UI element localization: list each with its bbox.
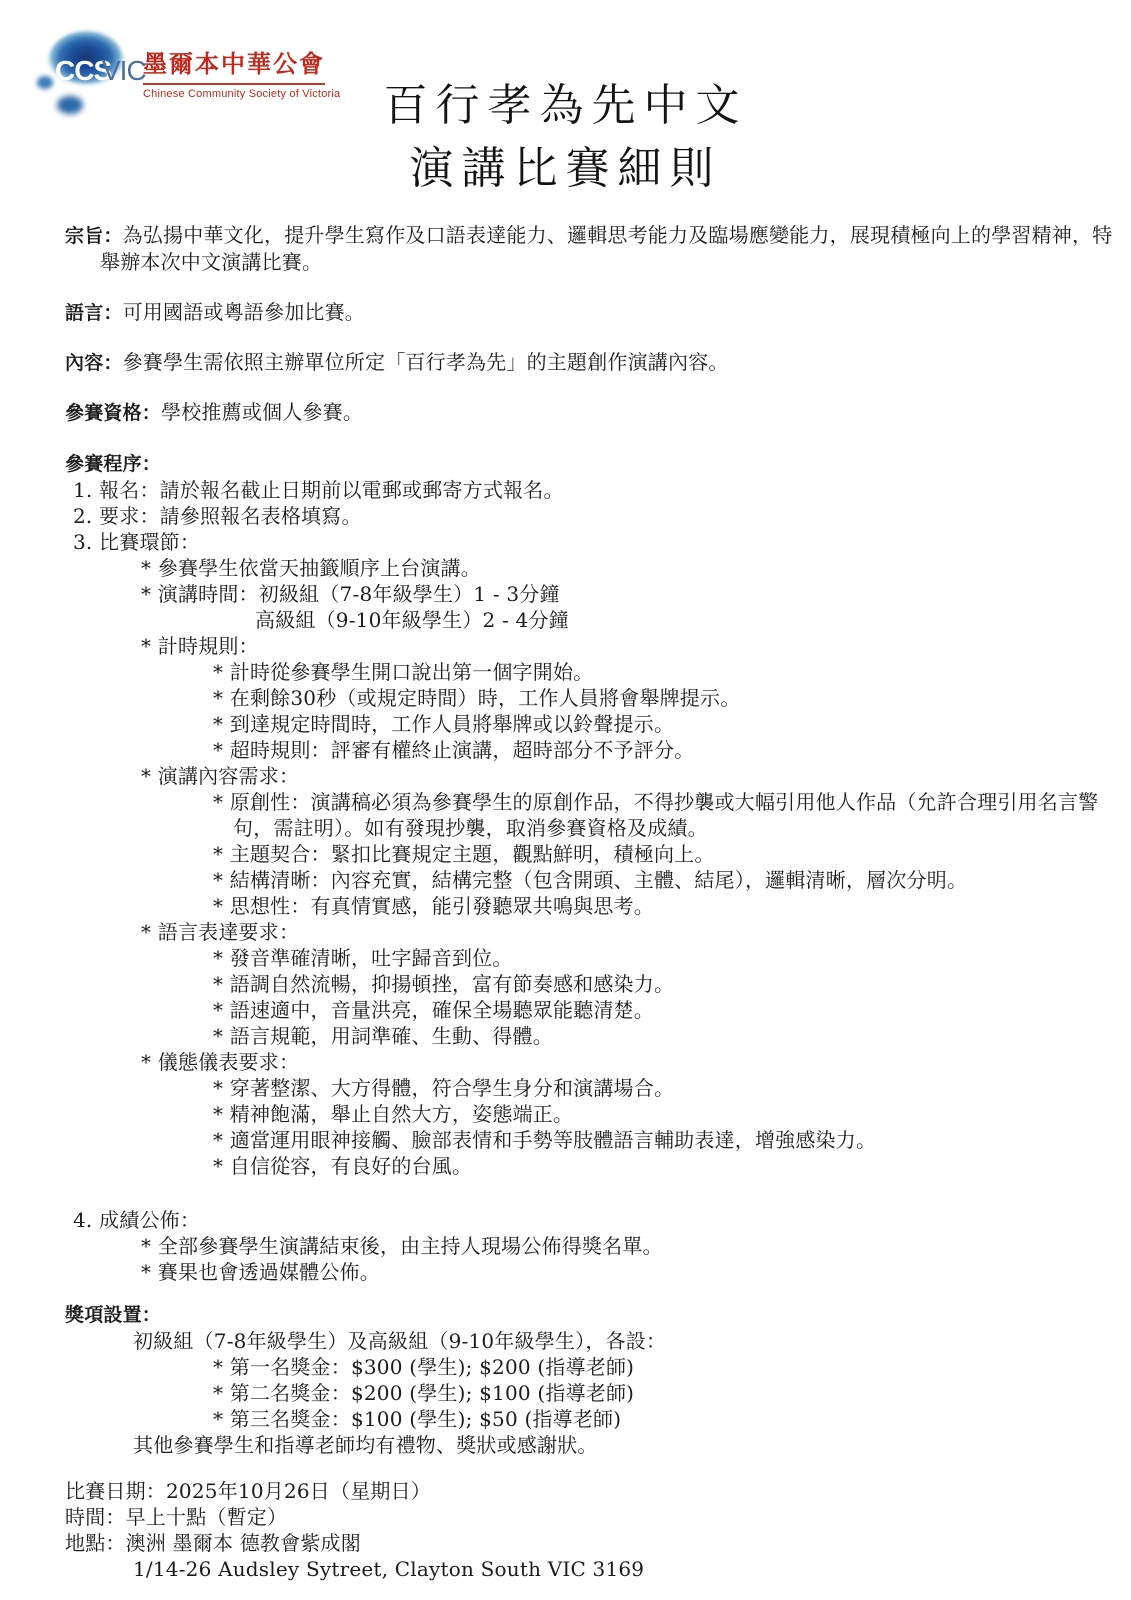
doc-line: * 原創性：演講稿必須為參賽學生的原創作品，不得抄襲或大幅引用他人作品（允許合理… <box>65 789 1101 815</box>
doc-line: * 第一名獎金：$300 (學生); $200 (指導老師) <box>65 1354 1101 1380</box>
doc-line: 2. 要求：請參照報名表格填寫。 <box>65 503 1101 529</box>
title-line-2: 演講比賽細則 <box>0 137 1131 200</box>
section-label: 參賽程序： <box>65 453 161 475</box>
doc-line: * 計時規則： <box>65 633 1101 659</box>
doc-line: 地點：澳洲 墨爾本 德教會紫成閣 <box>65 1530 1101 1556</box>
doc-line: 內容：參賽學生需依照主辦單位所定「百行孝為先」的主題創作演講內容。 <box>65 349 1101 376</box>
doc-line: * 穿著整潔、大方得體，符合學生身分和演講場合。 <box>65 1075 1101 1101</box>
doc-line: * 演講時間：初級組（7-8年級學生）1 - 3分鐘 <box>65 581 1101 607</box>
doc-line: 宗旨：為弘揚中華文化，提升學生寫作及口語表達能力、邏輯思考能力及臨場應變能力，展… <box>65 222 1101 249</box>
document-body: 宗旨：為弘揚中華文化，提升學生寫作及口語表達能力、邏輯思考能力及臨場應變能力，展… <box>0 212 1131 1582</box>
doc-line: * 參賽學生依當天抽籤順序上台演講。 <box>65 555 1101 581</box>
doc-line: 高級組（9-10年級學生）2 - 4分鐘 <box>65 607 1101 633</box>
section-label: 宗旨： <box>65 225 123 247</box>
doc-line: * 語速適中，音量洪亮，確保全場聽眾能聽清楚。 <box>65 997 1101 1023</box>
doc-line: 獎項設置： <box>65 1301 1101 1328</box>
doc-line: 比賽日期：2025年10月26日（星期日） <box>65 1478 1101 1504</box>
doc-line: 1. 報名：請於報名截止日期前以電郵或郵寄方式報名。 <box>65 477 1101 503</box>
section-label: 獎項設置： <box>65 1304 161 1326</box>
doc-line: 時間：早上十點（暫定） <box>65 1504 1101 1530</box>
section-label: 參賽資格： <box>65 402 161 424</box>
doc-line: 舉辦本次中文演講比賽。 <box>65 249 1101 275</box>
doc-line: * 到達規定時間時，工作人員將舉牌或以鈴聲提示。 <box>65 711 1101 737</box>
doc-line: * 在剩餘30秒（或規定時間）時，工作人員將會舉牌提示。 <box>65 685 1101 711</box>
document-title: 百行孝為先中文 演講比賽細則 <box>0 74 1131 200</box>
doc-line: 語言：可用國語或粵語參加比賽。 <box>65 299 1101 326</box>
section-label: 內容： <box>65 352 123 374</box>
doc-line: * 適當運用眼神接觸、臉部表情和手勢等肢體語言輔助表達，增強感染力。 <box>65 1127 1101 1153</box>
doc-line: * 語言表達要求： <box>65 919 1101 945</box>
doc-line: 1/14-26 Audsley Sytreet, Clayton South V… <box>65 1556 1101 1582</box>
doc-line: * 主題契合：緊扣比賽規定主題，觀點鮮明，積極向上。 <box>65 841 1101 867</box>
doc-line: * 第二名獎金：$200 (學生); $100 (指導老師) <box>65 1380 1101 1406</box>
doc-line: * 儀態儀表要求： <box>65 1049 1101 1075</box>
doc-line: * 賽果也會透過媒體公佈。 <box>65 1259 1101 1285</box>
section-label: 語言： <box>65 302 123 324</box>
doc-line: * 第三名獎金：$100 (學生); $50 (指導老師) <box>65 1406 1101 1432</box>
doc-line: 其他參賽學生和指導老師均有禮物、獎狀或感謝狀。 <box>65 1432 1101 1458</box>
doc-line: * 超時規則：評審有權終止演講，超時部分不予評分。 <box>65 737 1101 763</box>
doc-line: * 結構清晰：內容充實，結構完整（包含開頭、主體、結尾），邏輯清晰，層次分明。 <box>65 867 1101 893</box>
doc-line: * 計時從參賽學生開口說出第一個字開始。 <box>65 659 1101 685</box>
logo-vic-text: VIC <box>102 55 146 87</box>
doc-line: 初級組（7-8年級學生）及高級組（9-10年級學生），各設： <box>65 1328 1101 1354</box>
doc-line: * 語調自然流暢，抑揚頓挫，富有節奏感和感染力。 <box>65 971 1101 997</box>
doc-line: * 全部參賽學生演講結束後，由主持人現場公佈得獎名單。 <box>65 1233 1101 1259</box>
doc-line: * 發音準確清晰，吐字歸音到位。 <box>65 945 1101 971</box>
doc-line: 4. 成績公佈： <box>65 1207 1101 1233</box>
document-page: CCS VIC 墨爾本中華公會 Chinese Community Societ… <box>0 0 1131 1600</box>
doc-line: 句，需註明）。如有發現抄襲，取消參賽資格及成績。 <box>65 815 1101 841</box>
page-header: CCS VIC 墨爾本中華公會 Chinese Community Societ… <box>0 0 1131 212</box>
doc-line: 3. 比賽環節： <box>65 529 1101 555</box>
title-line-1: 百行孝為先中文 <box>0 74 1131 137</box>
doc-line: * 精神飽滿，舉止自然大方，姿態端正。 <box>65 1101 1101 1127</box>
doc-line: * 語言規範，用詞準確、生動、得體。 <box>65 1023 1101 1049</box>
doc-line: * 自信從容，有良好的台風。 <box>65 1153 1101 1179</box>
doc-line: 參賽資格：學校推薦或個人參賽。 <box>65 399 1101 426</box>
doc-line: * 思想性：有真情實感，能引發聽眾共鳴與思考。 <box>65 893 1101 919</box>
doc-line: 參賽程序： <box>65 450 1101 477</box>
doc-line: * 演講內容需求： <box>65 763 1101 789</box>
